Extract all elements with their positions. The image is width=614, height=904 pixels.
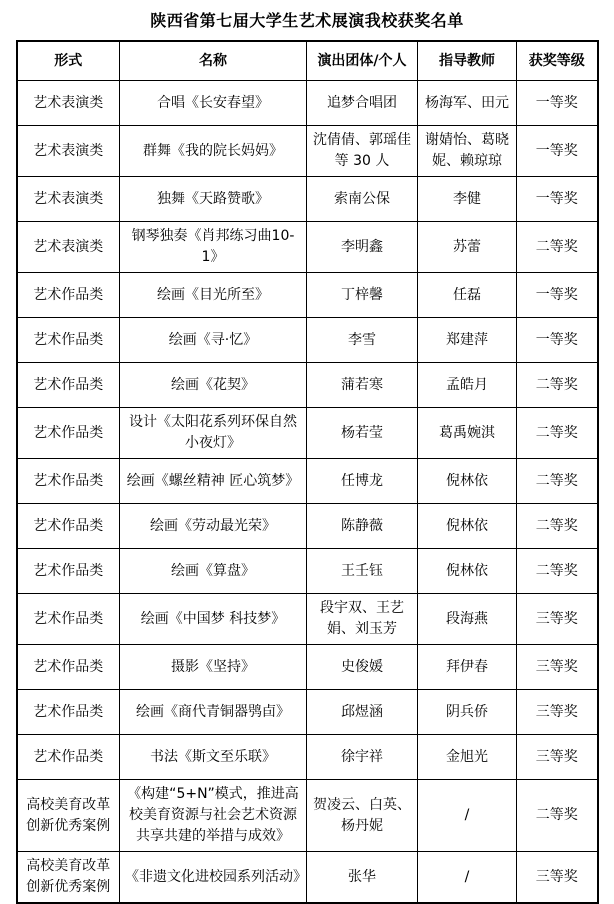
- column-header-form: 形式: [17, 41, 120, 81]
- table-body: 艺术表演类合唱《长安春望》追梦合唱团杨海军、田元一等奖艺术表演类群舞《我的院长妈…: [17, 81, 598, 904]
- table-cell: 艺术作品类: [17, 273, 120, 318]
- table-cell: 杨若莹: [307, 408, 418, 459]
- table-cell: 艺术作品类: [17, 690, 120, 735]
- table-cell: 一等奖: [517, 81, 598, 126]
- table-cell: 三等奖: [517, 852, 598, 904]
- table-cell: 三等奖: [517, 735, 598, 780]
- table-header: 形式 名称 演出团体/个人 指导教师 获奖等级: [17, 41, 598, 81]
- table-row: 艺术作品类绘画《商代青铜器鸮卣》邱煜涵阴兵侨三等奖: [17, 690, 598, 735]
- table-cell: 艺术作品类: [17, 408, 120, 459]
- table-cell: 二等奖: [517, 363, 598, 408]
- table-cell: 邱煜涵: [307, 690, 418, 735]
- document-page: 陕西省第七届大学生艺术展演我校获奖名单 形式 名称 演出团体/个人 指导教师 获…: [0, 0, 614, 904]
- table-cell: 徐宇祥: [307, 735, 418, 780]
- table-cell: 陈静薇: [307, 504, 418, 549]
- table-cell: 独舞《天路赞歌》: [120, 177, 307, 222]
- table-row: 艺术表演类钢琴独奏《肖邦练习曲10-1》李明鑫苏蕾二等奖: [17, 222, 598, 273]
- table-cell: 艺术作品类: [17, 594, 120, 645]
- table-cell: 艺术作品类: [17, 645, 120, 690]
- table-cell: 艺术表演类: [17, 81, 120, 126]
- table-cell: 倪林依: [418, 459, 517, 504]
- table-cell: 沈倩倩、郭瑶佳等 30 人: [307, 126, 418, 177]
- table-cell: 孟皓月: [418, 363, 517, 408]
- table-cell: 追梦合唱团: [307, 81, 418, 126]
- table-row: 艺术作品类绘画《寻·忆》李雪郑建萍一等奖: [17, 318, 598, 363]
- table-cell: 绘画《中国梦 科技梦》: [120, 594, 307, 645]
- table-cell: 三等奖: [517, 594, 598, 645]
- table-cell: 史俊媛: [307, 645, 418, 690]
- table-row: 高校美育改革创新优秀案例《构建“5+N”模式，推进高校美育资源与社会艺术资源共享…: [17, 780, 598, 852]
- table-cell: 艺术作品类: [17, 549, 120, 594]
- table-row: 艺术作品类绘画《算盘》王壬钰倪林依二等奖: [17, 549, 598, 594]
- table-cell: /: [418, 852, 517, 904]
- table-cell: 《构建“5+N”模式，推进高校美育资源与社会艺术资源共享共建的举措与成效》: [120, 780, 307, 852]
- table-row: 艺术作品类绘画《劳动最光荣》陈静薇倪林依二等奖: [17, 504, 598, 549]
- table-cell: 贺凌云、白英、杨丹妮: [307, 780, 418, 852]
- table-cell: 二等奖: [517, 459, 598, 504]
- table-cell: 任博龙: [307, 459, 418, 504]
- table-cell: 李雪: [307, 318, 418, 363]
- table-row: 艺术表演类群舞《我的院长妈妈》沈倩倩、郭瑶佳等 30 人谢婧怡、葛晓妮、赖琼琼一…: [17, 126, 598, 177]
- table-cell: 二等奖: [517, 780, 598, 852]
- table-cell: 葛禹婉淇: [418, 408, 517, 459]
- table-cell: 一等奖: [517, 318, 598, 363]
- table-cell: 绘画《目光所至》: [120, 273, 307, 318]
- table-cell: 李明鑫: [307, 222, 418, 273]
- column-header-name: 名称: [120, 41, 307, 81]
- table-cell: 阴兵侨: [418, 690, 517, 735]
- column-header-award-level: 获奖等级: [517, 41, 598, 81]
- table-cell: 蒲若寒: [307, 363, 418, 408]
- table-cell: 设计《太阳花系列环保自然小夜灯》: [120, 408, 307, 459]
- table-row: 艺术表演类独舞《天路赞歌》索南公保李健一等奖: [17, 177, 598, 222]
- table-cell: 绘画《算盘》: [120, 549, 307, 594]
- table-cell: 三等奖: [517, 690, 598, 735]
- table-cell: 艺术作品类: [17, 318, 120, 363]
- column-header-performers: 演出团体/个人: [307, 41, 418, 81]
- table-cell: 丁梓馨: [307, 273, 418, 318]
- table-cell: 一等奖: [517, 177, 598, 222]
- table-cell: 倪林依: [418, 504, 517, 549]
- table-cell: 艺术作品类: [17, 459, 120, 504]
- table-cell: 郑建萍: [418, 318, 517, 363]
- table-cell: 艺术表演类: [17, 222, 120, 273]
- table-cell: 《非遗文化进校园系列活动》: [120, 852, 307, 904]
- table-cell: 谢婧怡、葛晓妮、赖琼琼: [418, 126, 517, 177]
- table-cell: 摄影《坚持》: [120, 645, 307, 690]
- table-cell: 艺术表演类: [17, 177, 120, 222]
- table-cell: /: [418, 780, 517, 852]
- table-cell: 绘画《花契》: [120, 363, 307, 408]
- table-cell: 高校美育改革创新优秀案例: [17, 780, 120, 852]
- table-row: 艺术表演类合唱《长安春望》追梦合唱团杨海军、田元一等奖: [17, 81, 598, 126]
- table-row: 艺术作品类设计《太阳花系列环保自然小夜灯》杨若莹葛禹婉淇二等奖: [17, 408, 598, 459]
- table-row: 艺术作品类绘画《目光所至》丁梓馨任磊一等奖: [17, 273, 598, 318]
- table-row: 艺术作品类书法《斯文至乐联》徐宇祥金旭光三等奖: [17, 735, 598, 780]
- table-cell: 合唱《长安春望》: [120, 81, 307, 126]
- table-cell: 绘画《劳动最光荣》: [120, 504, 307, 549]
- document-title: 陕西省第七届大学生艺术展演我校获奖名单: [0, 10, 614, 32]
- table-cell: 艺术作品类: [17, 363, 120, 408]
- table-row: 艺术作品类绘画《花契》蒲若寒孟皓月二等奖: [17, 363, 598, 408]
- table-cell: 群舞《我的院长妈妈》: [120, 126, 307, 177]
- table-cell: 段海燕: [418, 594, 517, 645]
- column-header-teacher: 指导教师: [418, 41, 517, 81]
- table-cell: 一等奖: [517, 126, 598, 177]
- table-cell: 艺术作品类: [17, 735, 120, 780]
- table-cell: 苏蕾: [418, 222, 517, 273]
- table-cell: 书法《斯文至乐联》: [120, 735, 307, 780]
- table-cell: 绘画《寻·忆》: [120, 318, 307, 363]
- table-cell: 王壬钰: [307, 549, 418, 594]
- table-cell: 二等奖: [517, 549, 598, 594]
- table-cell: 艺术表演类: [17, 126, 120, 177]
- table-row: 艺术作品类绘画《螺丝精神 匠心筑梦》任博龙倪林依二等奖: [17, 459, 598, 504]
- table-cell: 二等奖: [517, 504, 598, 549]
- table-cell: 绘画《商代青铜器鸮卣》: [120, 690, 307, 735]
- table-cell: 段宇双、王艺娟、刘玉芳: [307, 594, 418, 645]
- table-cell: 任磊: [418, 273, 517, 318]
- table-cell: 艺术作品类: [17, 504, 120, 549]
- table-cell: 二等奖: [517, 408, 598, 459]
- table-cell: 三等奖: [517, 645, 598, 690]
- table-row: 艺术作品类摄影《坚持》史俊媛拜伊春三等奖: [17, 645, 598, 690]
- table-cell: 李健: [418, 177, 517, 222]
- header-row: 形式 名称 演出团体/个人 指导教师 获奖等级: [17, 41, 598, 81]
- table-cell: 二等奖: [517, 222, 598, 273]
- table-cell: 索南公保: [307, 177, 418, 222]
- table-cell: 钢琴独奏《肖邦练习曲10-1》: [120, 222, 307, 273]
- table-row: 艺术作品类绘画《中国梦 科技梦》段宇双、王艺娟、刘玉芳段海燕三等奖: [17, 594, 598, 645]
- table-cell: 绘画《螺丝精神 匠心筑梦》: [120, 459, 307, 504]
- awards-table: 形式 名称 演出团体/个人 指导教师 获奖等级 艺术表演类合唱《长安春望》追梦合…: [16, 40, 599, 904]
- table-cell: 高校美育改革创新优秀案例: [17, 852, 120, 904]
- table-row: 高校美育改革创新优秀案例《非遗文化进校园系列活动》张华/三等奖: [17, 852, 598, 904]
- table-cell: 杨海军、田元: [418, 81, 517, 126]
- table-cell: 金旭光: [418, 735, 517, 780]
- table-cell: 倪林依: [418, 549, 517, 594]
- table-cell: 拜伊春: [418, 645, 517, 690]
- table-cell: 一等奖: [517, 273, 598, 318]
- table-cell: 张华: [307, 852, 418, 904]
